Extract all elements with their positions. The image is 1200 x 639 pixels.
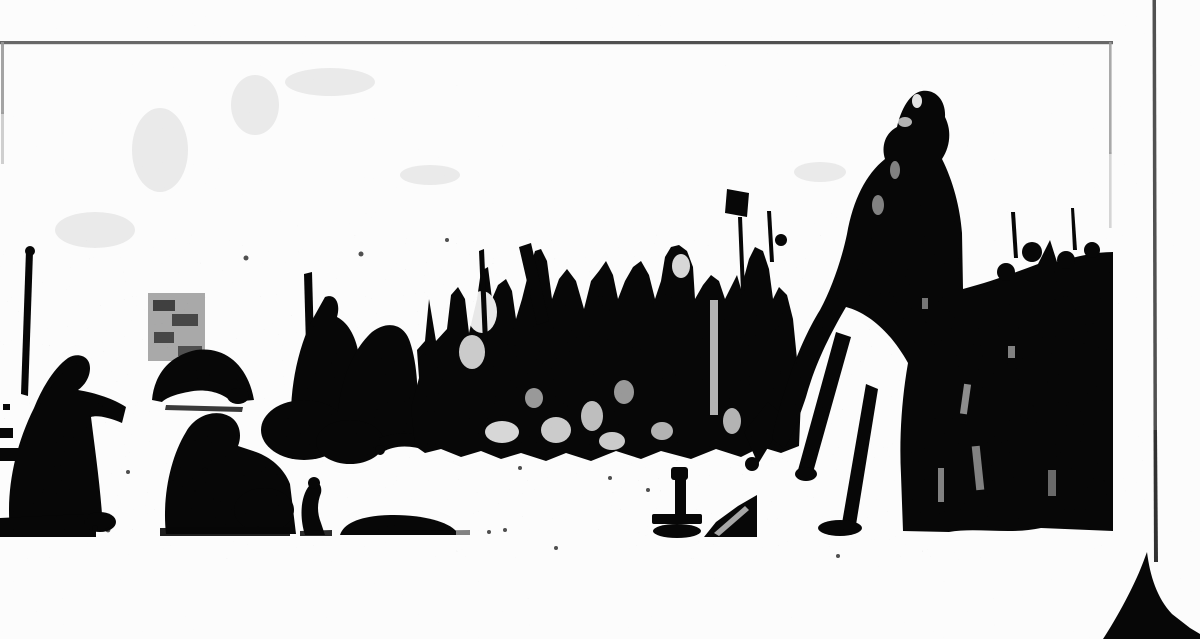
- scanned-page: [0, 0, 1200, 639]
- photocopied-photograph: [0, 0, 1200, 639]
- grain-overall: [0, 0, 1200, 639]
